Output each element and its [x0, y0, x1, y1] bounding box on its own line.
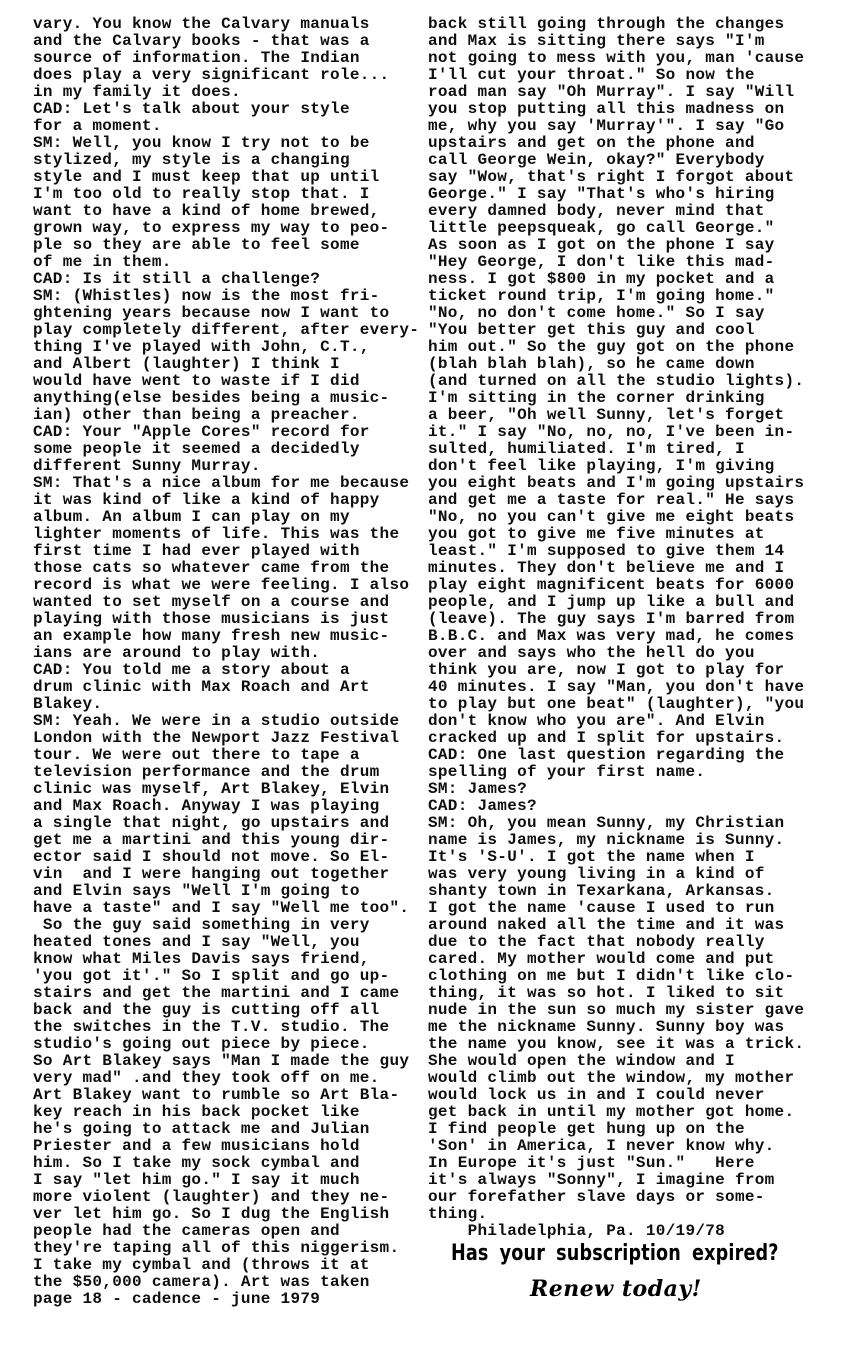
renew-today-cta: Renew today!	[530, 1276, 702, 1302]
interview-column-left: vary. You know the Calvary manuals and t…	[33, 16, 419, 1308]
magazine-page: vary. You know the Calvary manuals and t…	[0, 0, 854, 1351]
subscription-expired-notice: Has your subscription expired?	[451, 1241, 779, 1266]
interview-column-right: back still going through the changes and…	[428, 16, 804, 1240]
